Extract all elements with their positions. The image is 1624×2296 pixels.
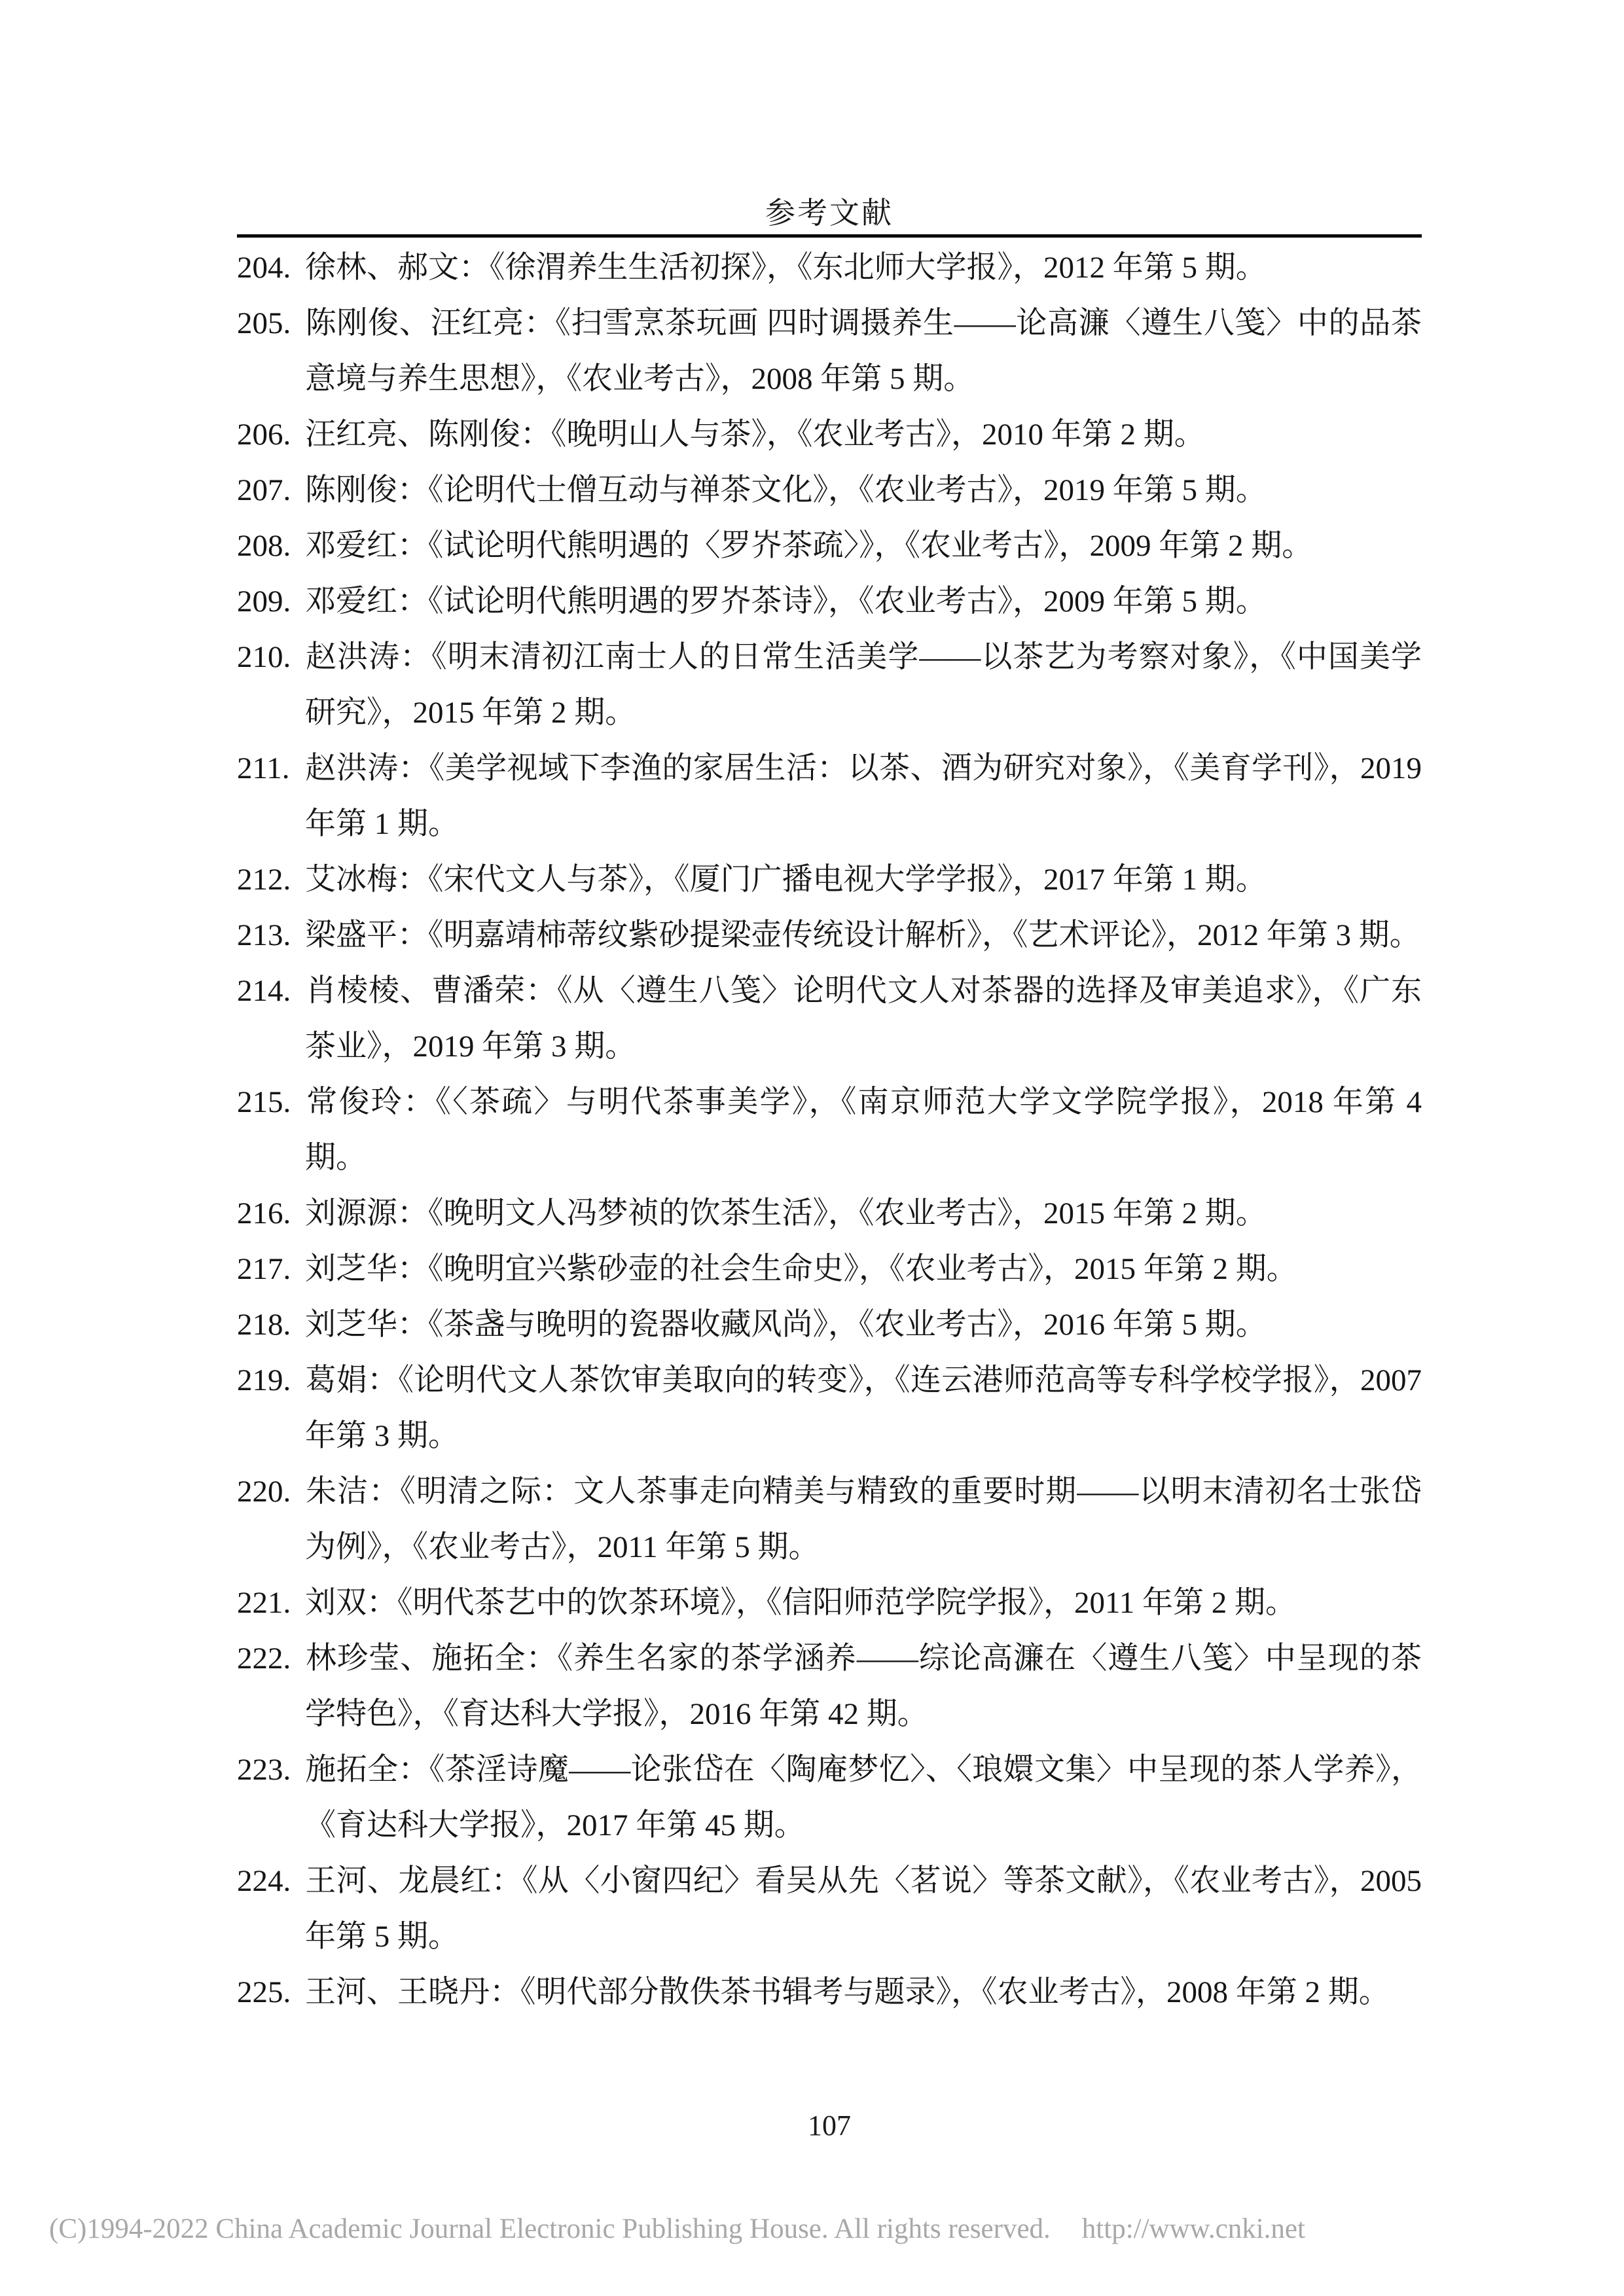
reference-number: 212. (237, 852, 305, 908)
reference-number: 221. (237, 1575, 305, 1631)
reference-entry: 220.朱洁：《明清之际：文人茶事走向精美与精致的重要时期——以明末清初名士张岱… (237, 1464, 1422, 1575)
reference-text: 邓爱红：《试论明代熊明遇的〈罗岕茶疏〉》，《农业考古》，2009 年第 2 期。 (305, 529, 1312, 563)
reference-text: 刘芝华：《晚明宜兴紫砂壶的社会生命史》，《农业考古》，2015 年第 2 期。 (305, 1252, 1297, 1286)
reference-number: 204. (237, 240, 305, 296)
reference-number: 205. (237, 296, 305, 351)
reference-number: 224. (237, 1854, 305, 1909)
reference-text: 刘芝华：《茶盏与晚明的瓷器收藏风尚》，《农业考古》，2016 年第 5 期。 (305, 1308, 1267, 1342)
reference-number: 214. (237, 963, 305, 1019)
reference-entry: 224.王河、龙晨红：《从〈小窗四纪〉看吴从先〈茗说〉等茶文献》，《农业考古》，… (237, 1854, 1422, 1965)
reference-number: 223. (237, 1742, 305, 1798)
reference-entry: 207.陈刚俊：《论明代士僧互动与禅茶文化》，《农业考古》，2019 年第 5 … (237, 463, 1422, 518)
reference-text: 王河、龙晨红：《从〈小窗四纪〉看吴从先〈茗说〉等茶文献》，《农业考古》，2005… (305, 1864, 1422, 1954)
reference-text: 梁盛平：《明嘉靖柿蒂纹紫砂提梁壶传统设计解析》，《艺术评论》，2012 年第 3… (305, 918, 1420, 952)
reference-entry: 213.梁盛平：《明嘉靖柿蒂纹紫砂提梁壶传统设计解析》，《艺术评论》，2012 … (237, 908, 1422, 963)
reference-entry: 214.肖棱棱、曹潘荣：《从〈遵生八笺〉论明代文人对茶器的选择及审美追求》，《广… (237, 963, 1422, 1075)
reference-text: 赵洪涛：《明末清初江南士人的日常生活美学——以茶艺为考察对象》，《中国美学研究》… (305, 640, 1422, 730)
reference-text: 刘源源：《晚明文人冯梦祯的饮茶生活》，《农业考古》，2015 年第 2 期。 (305, 1196, 1267, 1230)
reference-text: 肖棱棱、曹潘荣：《从〈遵生八笺〉论明代文人对茶器的选择及审美追求》，《广东茶业》… (305, 974, 1422, 1064)
reference-text: 王河、王晓丹：《明代部分散佚茶书辑考与题录》，《农业考古》，2008 年第 2 … (305, 1975, 1390, 2009)
reference-text: 汪红亮、陈刚俊：《晚明山人与茶》，《农业考古》，2010 年第 2 期。 (305, 418, 1205, 452)
reference-number: 208. (237, 518, 305, 574)
reference-text: 林珍莹、施拓全：《养生名家的茶学涵养——综论高濂在〈遵生八笺〉中呈现的茶学特色》… (305, 1641, 1422, 1731)
reference-text: 刘双：《明代茶艺中的饮茶环境》，《信阳师范学院学报》，2011 年第 2 期。 (305, 1586, 1296, 1620)
reference-number: 217. (237, 1242, 305, 1297)
reference-number: 218. (237, 1297, 305, 1353)
reference-entry: 217.刘芝华：《晚明宜兴紫砂壶的社会生命史》，《农业考古》，2015 年第 2… (237, 1242, 1422, 1297)
reference-entry: 209.邓爱红：《试论明代熊明遇的罗岕茶诗》，《农业考古》，2009 年第 5 … (237, 574, 1422, 630)
reference-number: 207. (237, 463, 305, 518)
reference-entry: 208.邓爱红：《试论明代熊明遇的〈罗岕茶疏〉》，《农业考古》，2009 年第 … (237, 518, 1422, 574)
copyright-notice: (C)1994-2022 China Academic Journal Elec… (49, 2214, 1051, 2244)
reference-entry: 225.王河、王晓丹：《明代部分散佚茶书辑考与题录》，《农业考古》，2008 年… (237, 1965, 1422, 2020)
reference-number: 216. (237, 1186, 305, 1242)
reference-text: 常俊玲：《〈茶疏〉与明代茶事美学》，《南京师范大学文学院学报》，2018 年第 … (305, 1085, 1422, 1175)
reference-number: 206. (237, 407, 305, 463)
reference-text: 朱洁：《明清之际：文人茶事走向精美与精致的重要时期——以明末清初名士张岱为例》，… (305, 1475, 1422, 1564)
reference-entry: 210.赵洪涛：《明末清初江南士人的日常生活美学——以茶艺为考察对象》，《中国美… (237, 630, 1422, 741)
reference-entry: 212.艾冰梅：《宋代文人与茶》，《厦门广播电视大学学报》，2017 年第 1 … (237, 852, 1422, 908)
reference-number: 210. (237, 630, 305, 685)
reference-number: 222. (237, 1631, 305, 1687)
reference-number: 211. (237, 741, 305, 797)
reference-number: 220. (237, 1464, 305, 1520)
reference-entry: 216.刘源源：《晚明文人冯梦祯的饮茶生活》，《农业考古》，2015 年第 2 … (237, 1186, 1422, 1242)
reference-text: 邓爱红：《试论明代熊明遇的罗岕茶诗》，《农业考古》，2009 年第 5 期。 (305, 584, 1267, 619)
references-list: 204.徐林、郝文：《徐渭养生生活初探》，《东北师大学报》，2012 年第 5 … (237, 240, 1422, 2020)
reference-text: 葛娟：《论明代文人茶饮审美取向的转变》，《连云港师范高等专科学校学报》，2007… (305, 1363, 1422, 1453)
reference-text: 艾冰梅：《宋代文人与茶》，《厦门广播电视大学学报》，2017 年第 1 期。 (305, 863, 1267, 897)
reference-entry: 219.葛娟：《论明代文人茶饮审美取向的转变》，《连云港师范高等专科学校学报》，… (237, 1353, 1422, 1464)
reference-text: 赵洪涛：《美学视域下李渔的家居生活：以茶、酒为研究对象》，《美育学刊》，2019… (305, 751, 1422, 841)
reference-entry: 218.刘芝华：《茶盏与晚明的瓷器收藏风尚》，《农业考古》，2016 年第 5 … (237, 1297, 1422, 1353)
document-page: 参考文献 204.徐林、郝文：《徐渭养生生活初探》，《东北师大学报》，2012 … (0, 0, 1624, 2296)
reference-number: 225. (237, 1965, 305, 2020)
header-divider (237, 234, 1422, 238)
page-title: 参考文献 (237, 194, 1422, 233)
page-number: 107 (237, 2109, 1422, 2142)
reference-number: 213. (237, 908, 305, 963)
reference-entry: 211.赵洪涛：《美学视域下李渔的家居生活：以茶、酒为研究对象》，《美育学刊》，… (237, 741, 1422, 852)
page-content: 参考文献 204.徐林、郝文：《徐渭养生生活初探》，《东北师大学报》，2012 … (237, 194, 1422, 2020)
reference-text: 陈刚俊、汪红亮：《扫雪烹茶玩画 四时调摄养生——论高濂〈遵生八笺〉中的品茶意境与… (305, 306, 1422, 396)
reference-text: 徐林、郝文：《徐渭养生生活初探》，《东北师大学报》，2012 年第 5 期。 (305, 251, 1267, 285)
reference-number: 219. (237, 1353, 305, 1408)
reference-text: 陈刚俊：《论明代士僧互动与禅茶文化》，《农业考古》，2019 年第 5 期。 (305, 473, 1267, 507)
reference-entry: 221.刘双：《明代茶艺中的饮茶环境》，《信阳师范学院学报》，2011 年第 2… (237, 1575, 1422, 1631)
footer-url: http://www.cnki.net (1082, 2214, 1305, 2244)
reference-number: 215. (237, 1075, 305, 1130)
reference-entry: 204.徐林、郝文：《徐渭养生生活初探》，《东北师大学报》，2012 年第 5 … (237, 240, 1422, 296)
reference-entry: 215.常俊玲：《〈茶疏〉与明代茶事美学》，《南京师范大学文学院学报》，2018… (237, 1075, 1422, 1186)
reference-entry: 205.陈刚俊、汪红亮：《扫雪烹茶玩画 四时调摄养生——论高濂〈遵生八笺〉中的品… (237, 296, 1422, 407)
reference-text: 施拓全：《茶淫诗魔——论张岱在〈陶庵梦忆〉、〈琅嬛文集〉中呈现的茶人学养》，《育… (305, 1753, 1422, 1842)
page-footer: (C)1994-2022 China Academic Journal Elec… (49, 2213, 1305, 2245)
reference-entry: 222.林珍莹、施拓全：《养生名家的茶学涵养——综论高濂在〈遵生八笺〉中呈现的茶… (237, 1631, 1422, 1742)
reference-entry: 223.施拓全：《茶淫诗魔——论张岱在〈陶庵梦忆〉、〈琅嬛文集〉中呈现的茶人学养… (237, 1742, 1422, 1854)
reference-entry: 206.汪红亮、陈刚俊：《晚明山人与茶》，《农业考古》，2010 年第 2 期。 (237, 407, 1422, 463)
reference-number: 209. (237, 574, 305, 630)
